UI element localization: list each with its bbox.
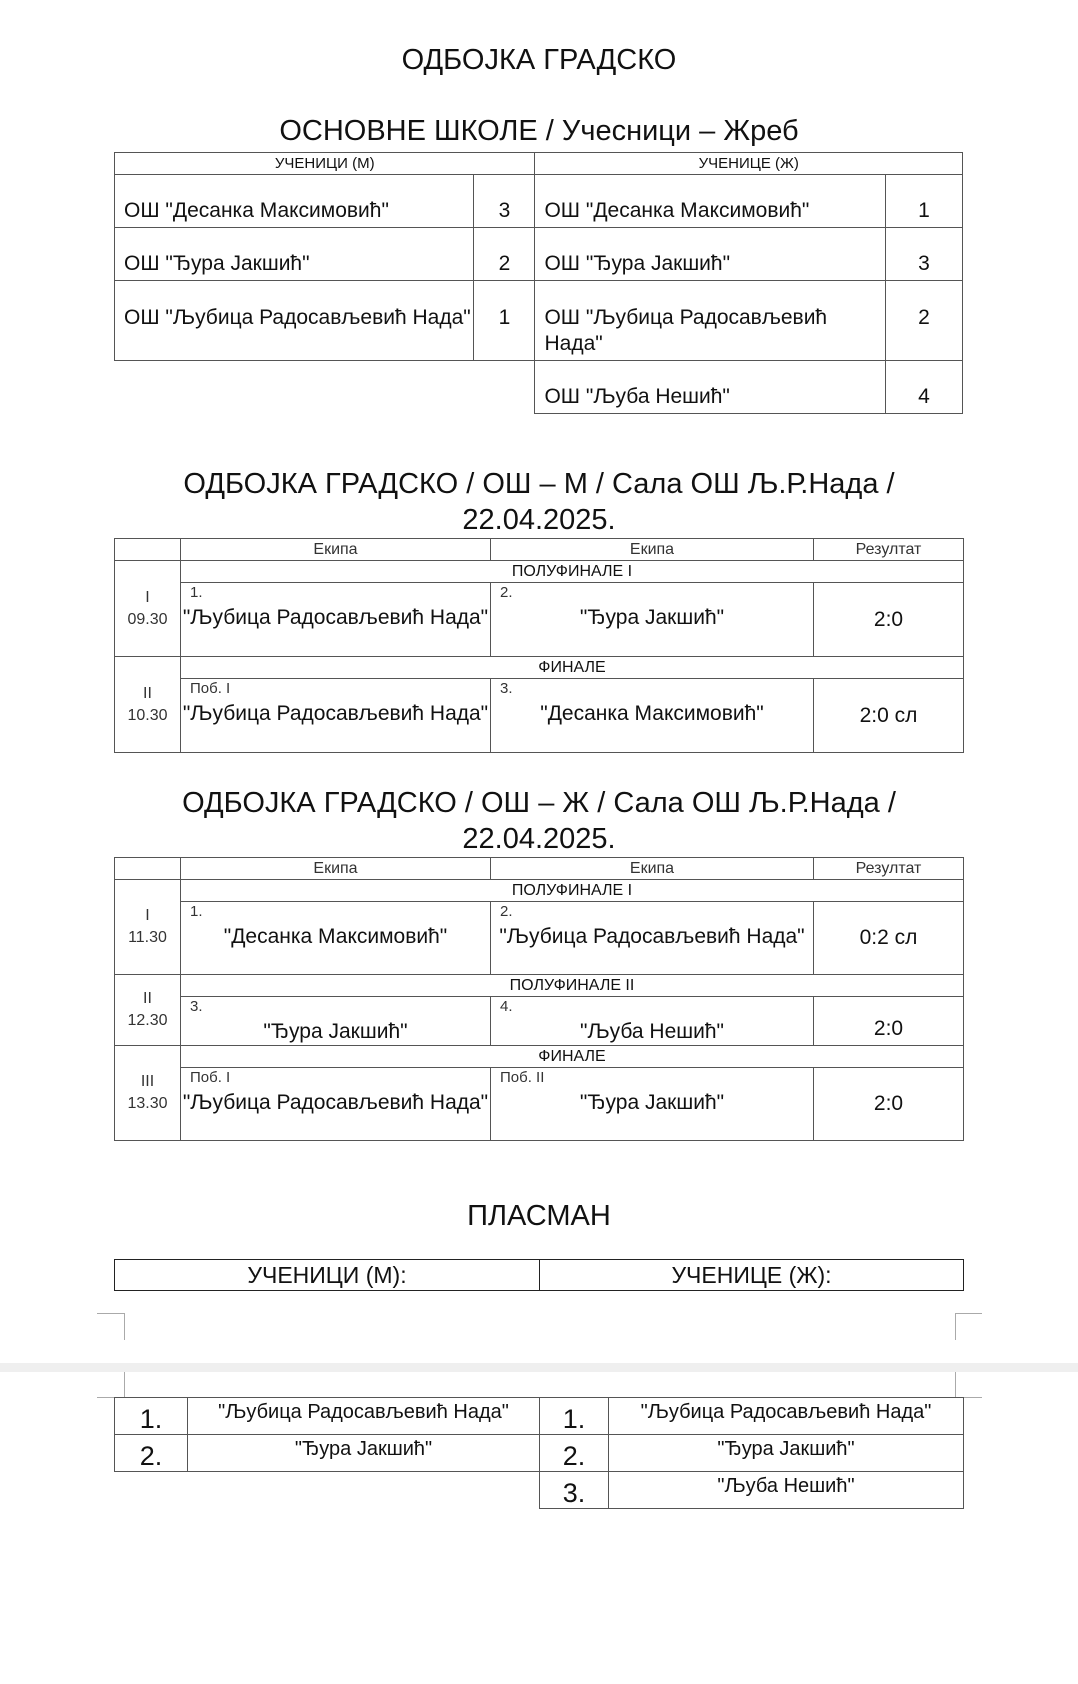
team1-cell: 3. "Ђура Јакшић" [181, 997, 491, 1046]
team2-header: Екипа [491, 858, 814, 880]
team1-seed: Поб. I [190, 680, 230, 698]
team1-name: "Љубица Радосављевић Нада" [183, 1091, 488, 1114]
round-time-cell: III 13.30 [115, 1046, 181, 1141]
draw-girls-school: ОШ "Љуба Нешић" [535, 361, 885, 414]
round-time-cell: I 11.30 [115, 880, 181, 975]
placement-boys-header: УЧЕНИЦИ (М): [115, 1260, 540, 1291]
team2-cell: 3. "Десанка Максимовић" [491, 679, 814, 753]
round-number: I [115, 905, 180, 927]
round-header-empty [115, 539, 181, 561]
round-number: I [115, 587, 180, 609]
draw-girls-school: ОШ "Љубица Радосављевић Нада" [535, 281, 885, 361]
team2-seed: 4. [500, 998, 513, 1016]
team1-seed: Поб. I [190, 1069, 230, 1087]
table-row: 1. "Љубица Радосављевић Нада" 2. "Ђура Ј… [115, 583, 964, 657]
team1-seed: 1. [190, 584, 203, 602]
rank-position: 1. [115, 1398, 188, 1435]
team1-cell: 1. "Десанка Максимовић" [181, 902, 491, 975]
table-row: ОШ "Љуба Нешић" 4 [115, 361, 963, 414]
round-number: III [115, 1071, 180, 1093]
team1-name: "Десанка Максимовић" [224, 925, 448, 948]
round-time-cell: I 09.30 [115, 561, 181, 657]
girls-schedule-title-line1: ОДБОЈКА ГРАДСКО / ОШ – Ж / Сала ОШ Љ.Р.Н… [0, 785, 1078, 821]
rank-team: "Ђура Јакшић" [609, 1435, 964, 1472]
page-corner-mark [124, 1372, 125, 1397]
team1-header: Екипа [181, 858, 491, 880]
round-number: II [115, 988, 180, 1010]
team2-name: "Љуба Нешић" [580, 1020, 724, 1043]
boys-ranking-table: 1. "Љубица Радосављевић Нада" 2. "Ђура Ј… [114, 1397, 540, 1472]
draw-girls-number: 3 [885, 228, 962, 281]
round-number: II [115, 683, 180, 705]
draw-girls-header: УЧЕНИЦЕ (Ж) [535, 153, 963, 175]
draw-boys-school: ОШ "Десанка Максимовић" [115, 175, 474, 228]
stage-label: ФИНАЛЕ [181, 657, 964, 679]
team2-name: "Љубица Радосављевић Нада" [499, 925, 804, 948]
table-row: 1. "Љубица Радосављевић Нада" [115, 1398, 540, 1435]
rank-position: 1. [540, 1398, 609, 1435]
rank-team: "Ђура Јакшић" [188, 1435, 540, 1472]
rank-team: "Љуба Нешић" [609, 1472, 964, 1509]
result-header: Резултат [814, 539, 964, 561]
rank-position: 2. [115, 1435, 188, 1472]
team1-cell: Поб. I "Љубица Радосављевић Нада" [181, 679, 491, 753]
match-result: 2:0 [814, 1068, 964, 1141]
match-time: 11.30 [115, 927, 180, 949]
round-time-cell: II 10.30 [115, 657, 181, 753]
placement-girls-header: УЧЕНИЦЕ (Ж): [540, 1260, 964, 1291]
team1-name: "Ђура Јакшић" [263, 1020, 407, 1043]
draw-girls-school: ОШ "Десанка Максимовић" [535, 175, 885, 228]
team2-name: "Ђура Јакшић" [580, 1091, 724, 1114]
team2-seed: 2. [500, 584, 513, 602]
team2-cell: 4. "Љуба Нешић" [491, 997, 814, 1046]
draw-girls-number: 2 [885, 281, 962, 361]
table-row: 3. "Ђура Јакшић" 4. "Љуба Нешић" 2:0 [115, 997, 964, 1046]
rank-position: 3. [540, 1472, 609, 1509]
page-corner-mark [97, 1313, 124, 1314]
draw-boys-school: ОШ "Љубица Радосављевић Нада" [115, 281, 474, 361]
result-header: Резултат [814, 858, 964, 880]
match-time: 09.30 [115, 609, 180, 631]
team2-seed: 3. [500, 680, 513, 698]
girls-schedule-table: Екипа Екипа Резултат I 11.30 ПОЛУФИНАЛЕ … [114, 857, 964, 1141]
stage-label: ПОЛУФИНАЛЕ II [181, 975, 964, 997]
draw-girls-number: 4 [885, 361, 962, 414]
team2-name: "Десанка Максимовић" [540, 702, 764, 725]
draw-boys-number: 3 [474, 175, 535, 228]
match-time: 13.30 [115, 1093, 180, 1115]
team2-seed: 2. [500, 903, 513, 921]
team2-cell: 2. "Љубица Радосављевић Нада" [491, 902, 814, 975]
placement-title: ПЛАСМАН [0, 1200, 1078, 1233]
draw-boys-header: УЧЕНИЦИ (М) [115, 153, 535, 175]
rank-team: "Љубица Радосављевић Нада" [609, 1398, 964, 1435]
round-header-empty [115, 858, 181, 880]
draw-boys-number: 1 [474, 281, 535, 361]
table-row: Поб. I "Љубица Радосављевић Нада" 3. "Де… [115, 679, 964, 753]
girls-ranking-table: 1. "Љубица Радосављевић Нада" 2. "Ђура Ј… [539, 1397, 964, 1509]
rank-team: "Љубица Радосављевић Нада" [188, 1398, 540, 1435]
draw-girls-number: 1 [885, 175, 962, 228]
team2-cell: Поб. II "Ђура Јакшић" [491, 1068, 814, 1141]
stage-label: ФИНАЛЕ [181, 1046, 964, 1068]
match-result: 0:2 сл [814, 902, 964, 975]
team1-header: Екипа [181, 539, 491, 561]
page-corner-mark [955, 1372, 956, 1397]
boys-schedule-title-line1: ОДБОЈКА ГРАДСКО / ОШ – М / Сала ОШ Љ.Р.Н… [0, 466, 1078, 502]
girls-schedule-title: ОДБОЈКА ГРАДСКО / ОШ – Ж / Сала ОШ Љ.Р.Н… [0, 785, 1078, 857]
page-break-gap [0, 1363, 1078, 1372]
table-row: Поб. I "Љубица Радосављевић Нада" Поб. I… [115, 1068, 964, 1141]
team1-seed: 3. [190, 998, 203, 1016]
table-row: 1. "Десанка Максимовић" 2. "Љубица Радос… [115, 902, 964, 975]
table-row: 2. "Ђура Јакшић" [115, 1435, 540, 1472]
team2-seed: Поб. II [500, 1069, 544, 1087]
team2-header: Екипа [491, 539, 814, 561]
rank-position: 2. [540, 1435, 609, 1472]
stage-label: ПОЛУФИНАЛЕ I [181, 880, 964, 902]
draw-boys-number: 2 [474, 228, 535, 281]
page-corner-mark [124, 1313, 125, 1340]
team1-cell: 1. "Љубица Радосављевић Нада" [181, 583, 491, 657]
document-title: ОДБОЈКА ГРАДСКО [0, 44, 1078, 77]
match-time: 12.30 [115, 1010, 180, 1032]
page-corner-mark [955, 1313, 982, 1314]
empty-cell [474, 361, 535, 414]
match-result: 2:0 [814, 583, 964, 657]
draw-girls-school: ОШ "Ђура Јакшић" [535, 228, 885, 281]
table-row: 2. "Ђура Јакшић" [540, 1435, 964, 1472]
match-time: 10.30 [115, 705, 180, 727]
team1-cell: Поб. I "Љубица Радосављевић Нада" [181, 1068, 491, 1141]
team1-name: "Љубица Радосављевић Нада" [183, 606, 488, 629]
page-corner-mark [955, 1313, 956, 1340]
boys-schedule-table: Екипа Екипа Резултат I 09.30 ПОЛУФИНАЛЕ … [114, 538, 964, 753]
table-row: ОШ "Десанка Максимовић" 3 ОШ "Десанка Ма… [115, 175, 963, 228]
table-row: ОШ "Љубица Радосављевић Нада" 1 ОШ "Љуби… [115, 281, 963, 361]
draw-table: УЧЕНИЦИ (М) УЧЕНИЦЕ (Ж) ОШ "Десанка Макс… [114, 152, 963, 414]
team1-seed: 1. [190, 903, 203, 921]
table-row: 1. "Љубица Радосављевић Нада" [540, 1398, 964, 1435]
boys-schedule-title-line2: 22.04.2025. [0, 502, 1078, 538]
team1-name: "Љубица Радосављевић Нада" [183, 702, 488, 725]
table-row: 3. "Љуба Нешић" [540, 1472, 964, 1509]
match-result: 2:0 [814, 997, 964, 1046]
girls-schedule-title-line2: 22.04.2025. [0, 821, 1078, 857]
team2-cell: 2. "Ђура Јакшић" [491, 583, 814, 657]
round-time-cell: II 12.30 [115, 975, 181, 1046]
match-result: 2:0 сл [814, 679, 964, 753]
table-row: ОШ "Ђура Јакшић" 2 ОШ "Ђура Јакшић" 3 [115, 228, 963, 281]
draw-boys-school: ОШ "Ђура Јакшић" [115, 228, 474, 281]
boys-schedule-title: ОДБОЈКА ГРАДСКО / ОШ – М / Сала ОШ Љ.Р.Н… [0, 466, 1078, 538]
stage-label: ПОЛУФИНАЛЕ I [181, 561, 964, 583]
empty-cell [115, 361, 474, 414]
team2-name: "Ђура Јакшић" [580, 606, 724, 629]
draw-title: ОСНОВНЕ ШКОЛЕ / Учесници – Жреб [0, 115, 1078, 148]
placement-header-table: УЧЕНИЦИ (М): УЧЕНИЦЕ (Ж): [114, 1259, 964, 1291]
